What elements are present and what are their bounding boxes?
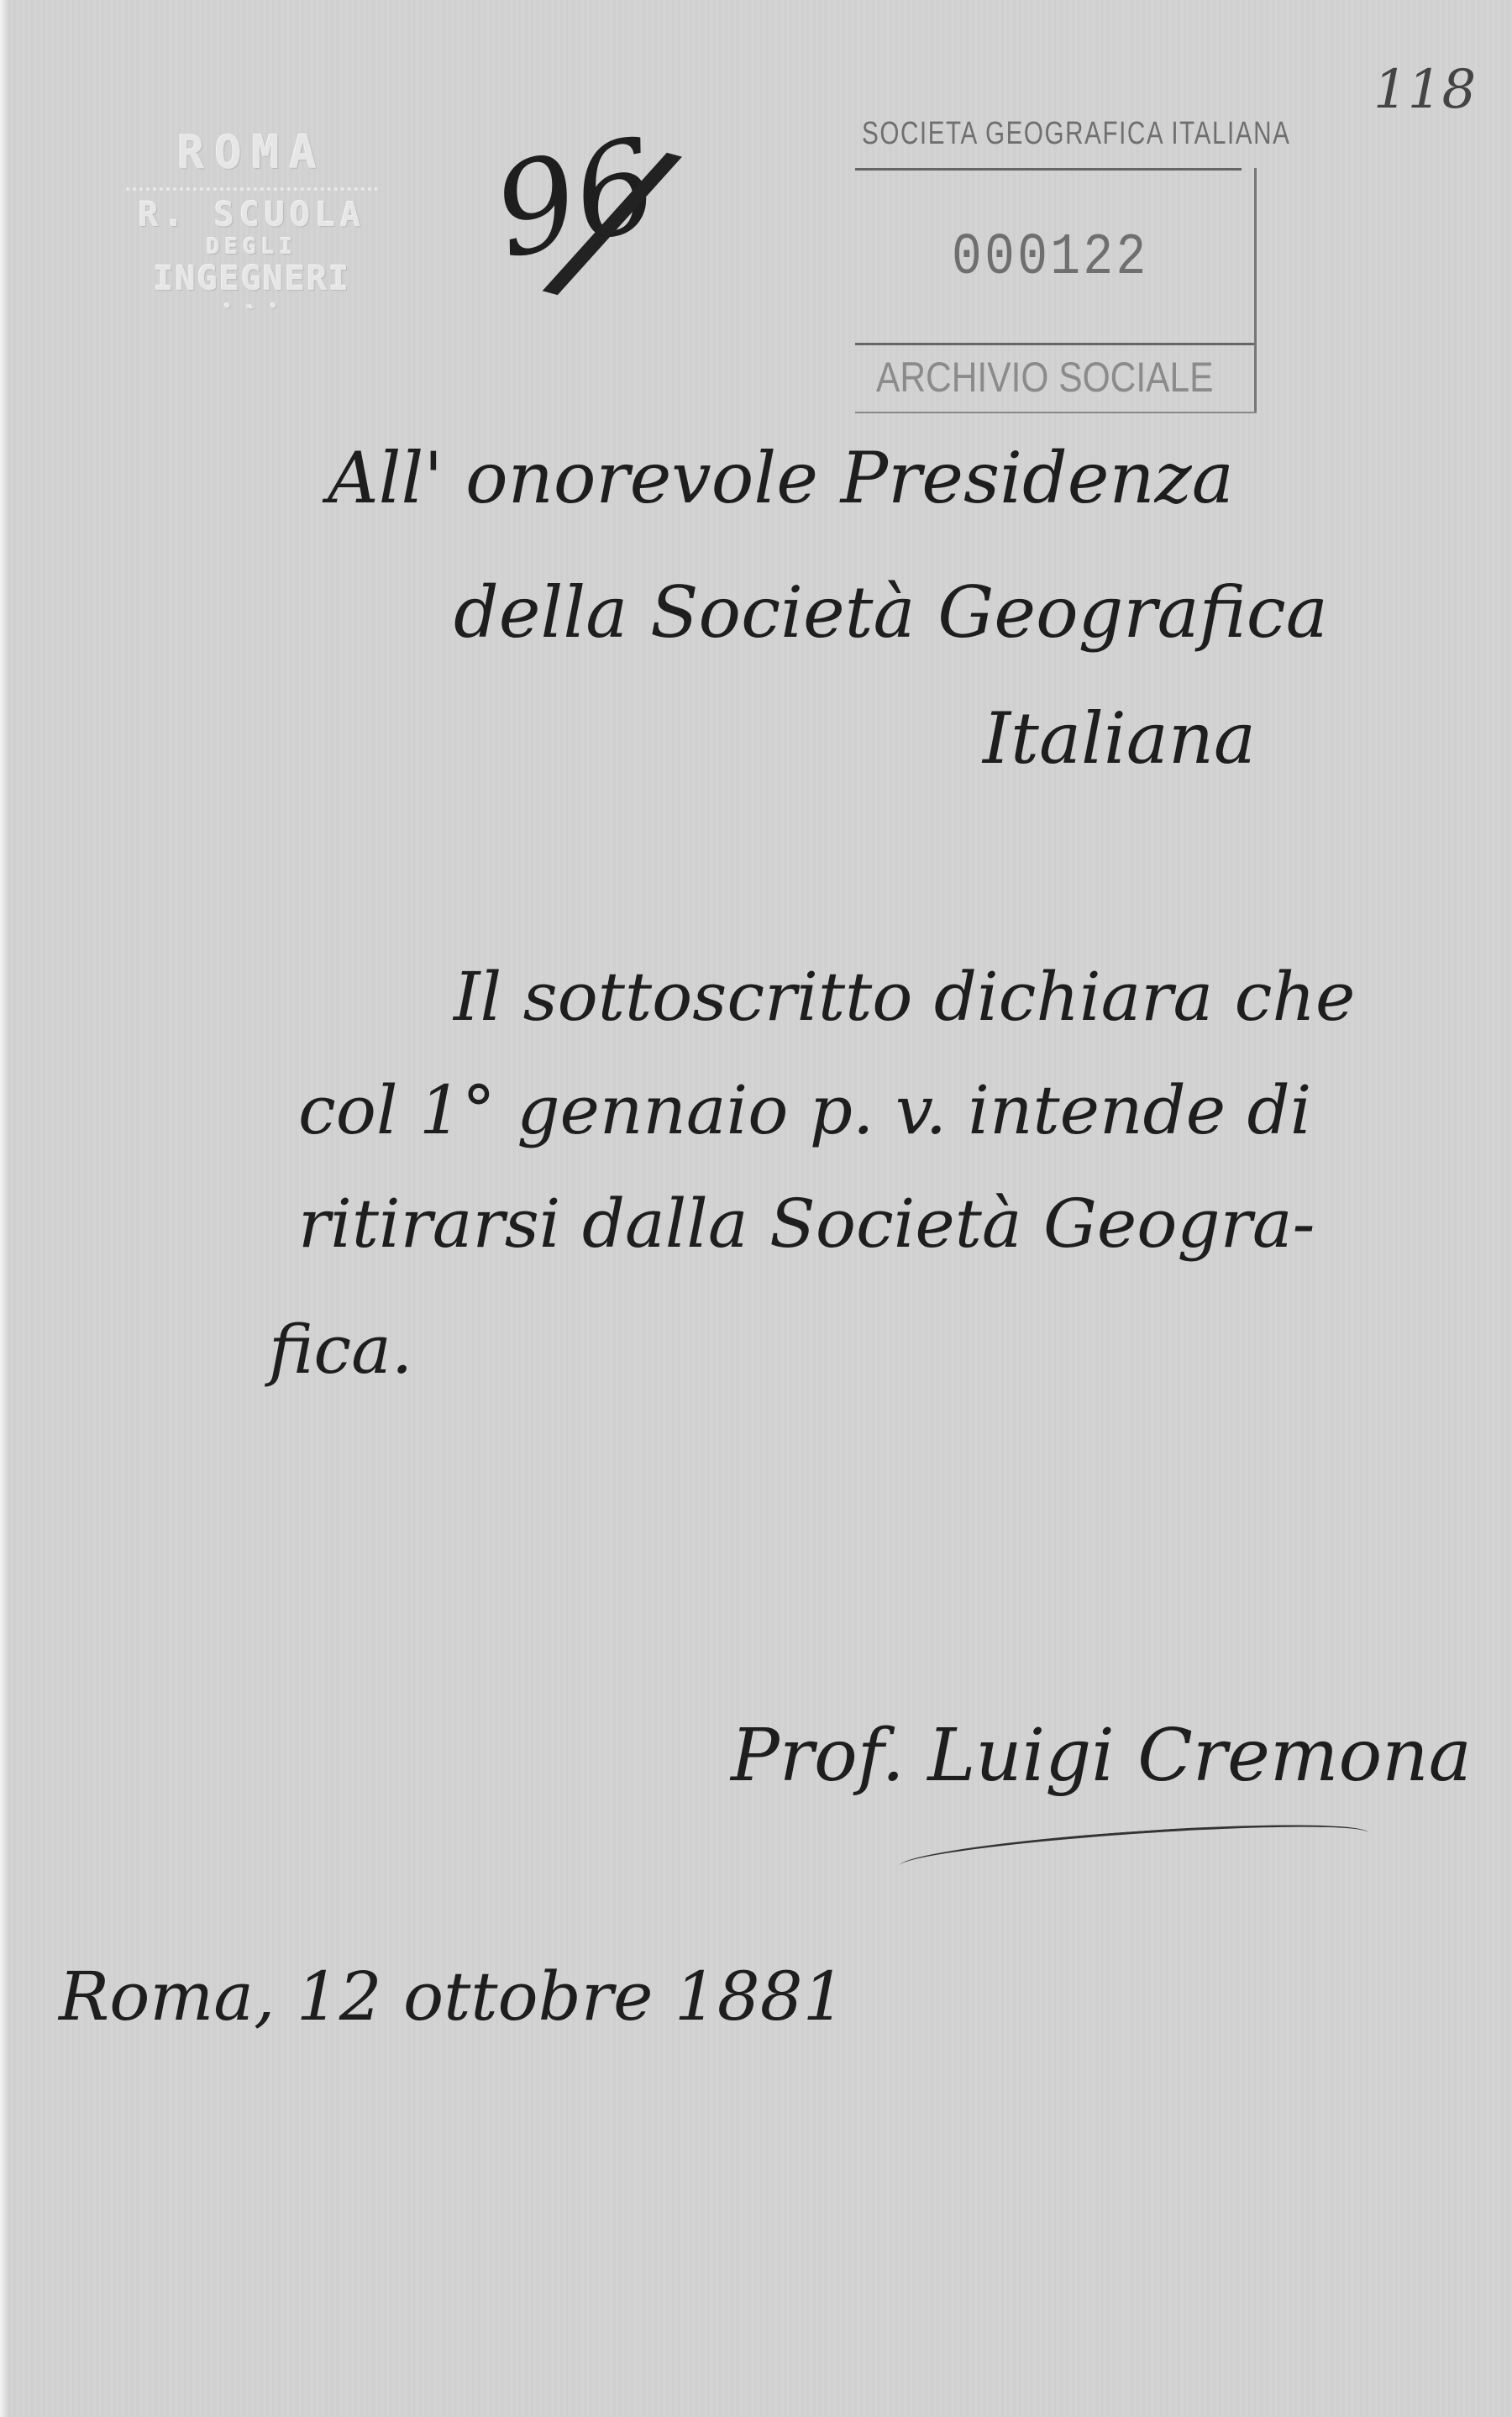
address-line-1: All' onorevole Presidenza: [328, 437, 1234, 519]
letterhead-ornament: • ❧ •: [118, 298, 386, 314]
page-number: 118: [1373, 59, 1476, 121]
stamp-footer: ARCHIVIO SOCIALE: [876, 353, 1213, 402]
body-line-4: fica.: [269, 1311, 412, 1389]
address-line-2: della Società Geografica: [454, 571, 1328, 654]
embossed-letterhead: ROMA R. SCUOLA DEGLI INGEGNERI • ❧ •: [118, 126, 386, 314]
body-line-2: col 1° gennaio p. v. intende di: [298, 1071, 1311, 1149]
letterhead-degli: DEGLI: [118, 234, 386, 260]
stamp-rule-top: [855, 168, 1242, 171]
stamp-border-bottom: [855, 412, 1257, 413]
stamp-rule-bottom: [855, 343, 1254, 345]
stamp-border-right: [1254, 168, 1257, 412]
paper-left-edge: [0, 0, 8, 2417]
body-line-3: ritirarsi dalla Società Geogra-: [298, 1185, 1315, 1263]
body-line-1: Il sottoscritto dichiara che: [454, 958, 1355, 1036]
archive-stamp: SOCIETA GEOGRAFICA ITALIANA 000122 ARCHI…: [855, 99, 1309, 414]
letterhead-ingegneri: INGEGNERI: [118, 260, 386, 298]
letterhead-city: ROMA: [118, 126, 386, 179]
dateline: Roma, 12 ottobre 1881: [59, 1957, 845, 2036]
address-line-3: Italiana: [983, 697, 1256, 780]
signature-flourish: [898, 1815, 1370, 1884]
stamp-header: SOCIETA GEOGRAFICA ITALIANA: [862, 116, 1290, 152]
signature: Prof. Luigi Cremona: [731, 1714, 1472, 1798]
letterhead-divider: [126, 187, 378, 191]
stamp-number: 000122: [952, 225, 1149, 292]
letterhead-school: R. SCUOLA: [118, 196, 386, 234]
